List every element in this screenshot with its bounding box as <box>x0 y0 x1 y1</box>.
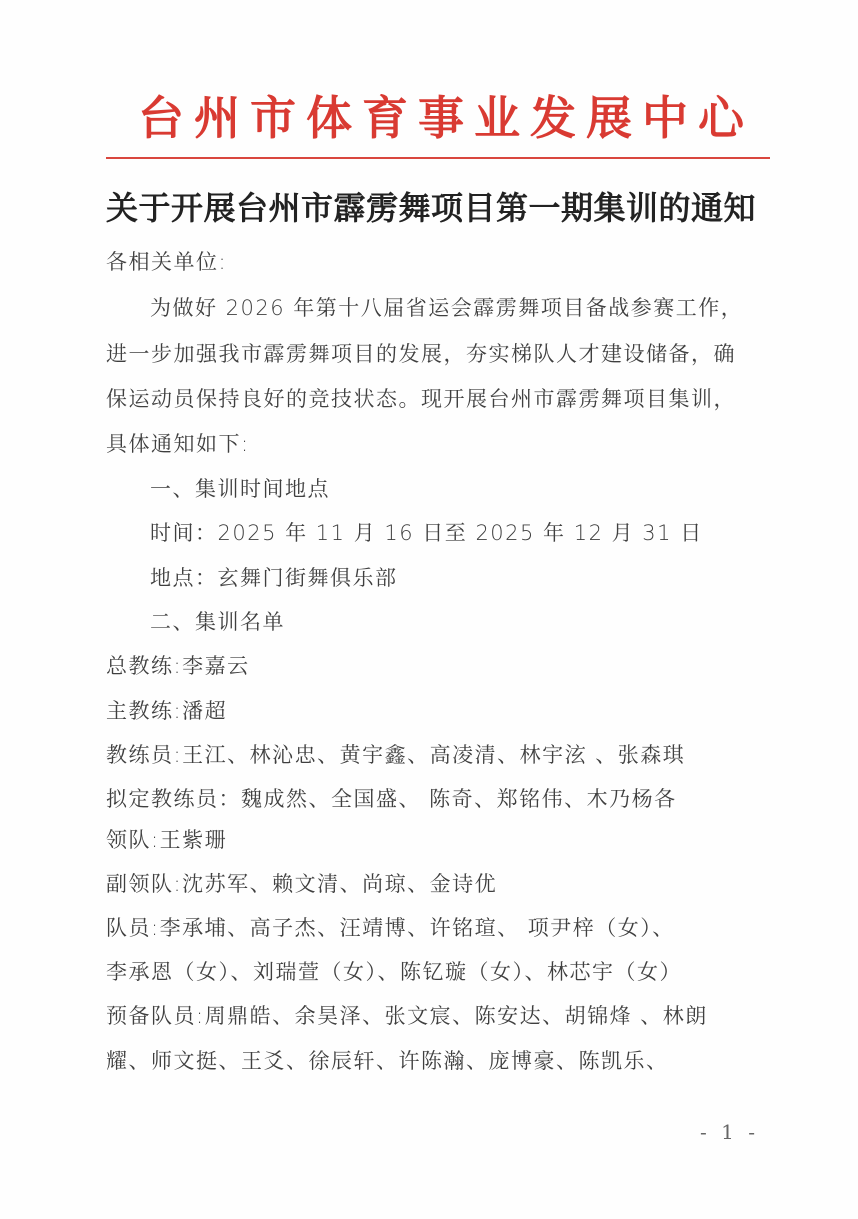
document-title: 关于开展台州市霹雳舞项目第一期集训的通知 <box>106 186 786 230</box>
reserves-line-1: 预备队员:周鼎皓、余昊泽、张文宸、陈安达、胡锦烽 、林朗 <box>106 1001 708 1031</box>
training-location: 地点：玄舞门街舞俱乐部 <box>150 563 398 593</box>
salutation: 各相关单位: <box>106 247 227 277</box>
section-2-heading: 二、集训名单 <box>150 607 285 637</box>
head-coach: 总教练:李嘉云 <box>106 651 250 681</box>
intro-line-2: 进一步加强我市霹雳舞项目的发展，夯实梯队人才建设储备，确 <box>106 339 736 369</box>
page-number: - 1 - <box>700 1120 759 1144</box>
intro-line-1: 为做好 2026 年第十八届省运会霹雳舞项目备战参赛工作， <box>150 293 743 323</box>
intro-line-4: 具体通知如下: <box>106 429 250 459</box>
organization-header: 台州市体育事业发展中心 <box>138 88 728 148</box>
reserves-line-2: 耀、师文挺、王爻、徐辰轩、许陈瀚、庞博豪、陈凯乐、 <box>106 1046 669 1076</box>
document-page: 台州市体育事业发展中心 关于开展台州市霹雳舞项目第一期集训的通知 各相关单位: … <box>0 0 858 1219</box>
training-time: 时间：2025 年 11 月 16 日至 2025 年 12 月 31 日 <box>150 518 703 548</box>
coaches: 教练员:王江、林沁忠、黄宇鑫、高凌清、林宇泫 、张森琪 <box>106 740 685 770</box>
team-leader: 领队:王紫珊 <box>106 825 227 855</box>
athletes-line-1: 队员:李承埔、高子杰、汪靖博、许铭瑄、 项尹梓（女）、 <box>106 913 675 943</box>
athletes-line-2: 李承恩（女）、刘瑞萱（女）、陈钇璇（女）、林芯宇（女） <box>106 957 682 987</box>
main-coach: 主教练:潘超 <box>106 696 227 726</box>
section-1-heading: 一、集训时间地点 <box>150 474 330 504</box>
deputy-leaders: 副领队:沈苏军、赖文清、尚琼、金诗优 <box>106 869 497 899</box>
intro-line-3: 保运动员保持良好的竞技状态。现开展台州市霹雳舞项目集训， <box>106 384 736 414</box>
proposed-coaches: 拟定教练员：魏成然、全国盛、 陈奇、郑铭伟、木乃杨各 <box>106 784 677 814</box>
red-divider-rule <box>106 157 770 159</box>
